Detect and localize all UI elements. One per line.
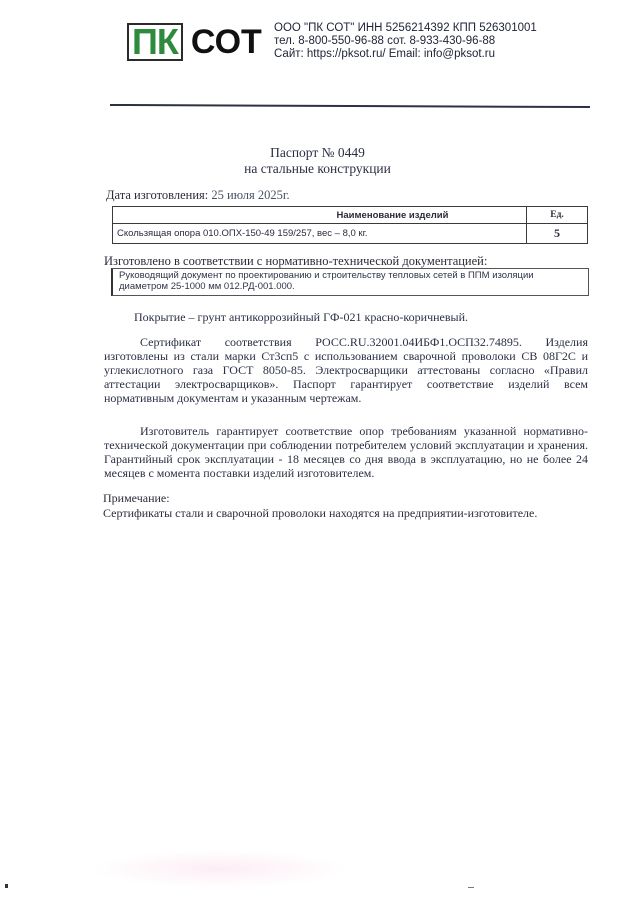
company-details: ООО "ПК СОТ" ИНН 5256214392 КПП 52630100… <box>274 22 537 61</box>
header-divider <box>110 104 590 108</box>
logo-text: СОТ <box>191 23 262 62</box>
compliance-label: Изготовлено в соответствии с нормативно-… <box>104 254 487 269</box>
scan-speck <box>5 884 8 888</box>
product-qty-cell: 5 <box>527 224 588 244</box>
document-subtitle: на стальные конструкции <box>0 161 635 177</box>
note-text: Сертификаты стали и сварочной проволоки … <box>103 506 537 521</box>
company-logo: ПК СОТ <box>127 23 262 61</box>
products-table: Наименование изделий Ед. Скользящая опор… <box>112 206 588 244</box>
table-row: Скользящая опора 010.ОПХ-150-49 159/257,… <box>113 224 588 244</box>
scan-speck <box>468 887 474 888</box>
manufacture-date: Дата изготовления: 25 июля 2025г. <box>106 188 290 203</box>
date-value: 25 июля 2025г. <box>211 188 289 202</box>
date-label: Дата изготовления: <box>106 188 208 202</box>
warranty-paragraph: Изготовитель гарантирует соответствие оп… <box>104 424 588 480</box>
document-title: Паспорт № 0449 <box>0 145 635 161</box>
company-web-line: Сайт: https://pksot.ru/ Email: info@pkso… <box>274 48 537 61</box>
note-label: Примечание: <box>103 491 170 506</box>
logo-mark: ПК <box>127 23 183 61</box>
scan-artifact <box>90 850 350 888</box>
compliance-document-box: Руководящий документ по проектированию и… <box>111 268 589 296</box>
certificate-paragraph: Сертификат соответствия РОСС.RU.32001.04… <box>104 335 588 405</box>
company-phone-line: тел. 8-800-550-96-88 сот. 8-933-430-96-8… <box>274 35 537 48</box>
company-legal-line: ООО "ПК СОТ" ИНН 5256214392 КПП 52630100… <box>274 22 537 35</box>
table-header-row: Наименование изделий Ед. <box>113 207 588 224</box>
column-header-name: Наименование изделий <box>113 207 527 224</box>
coating-paragraph: Покрытие – грунт антикоррозийный ГФ-021 … <box>104 310 588 324</box>
column-header-unit: Ед. <box>527 207 588 224</box>
product-name-cell: Скользящая опора 010.ОПХ-150-49 159/257,… <box>113 224 527 244</box>
